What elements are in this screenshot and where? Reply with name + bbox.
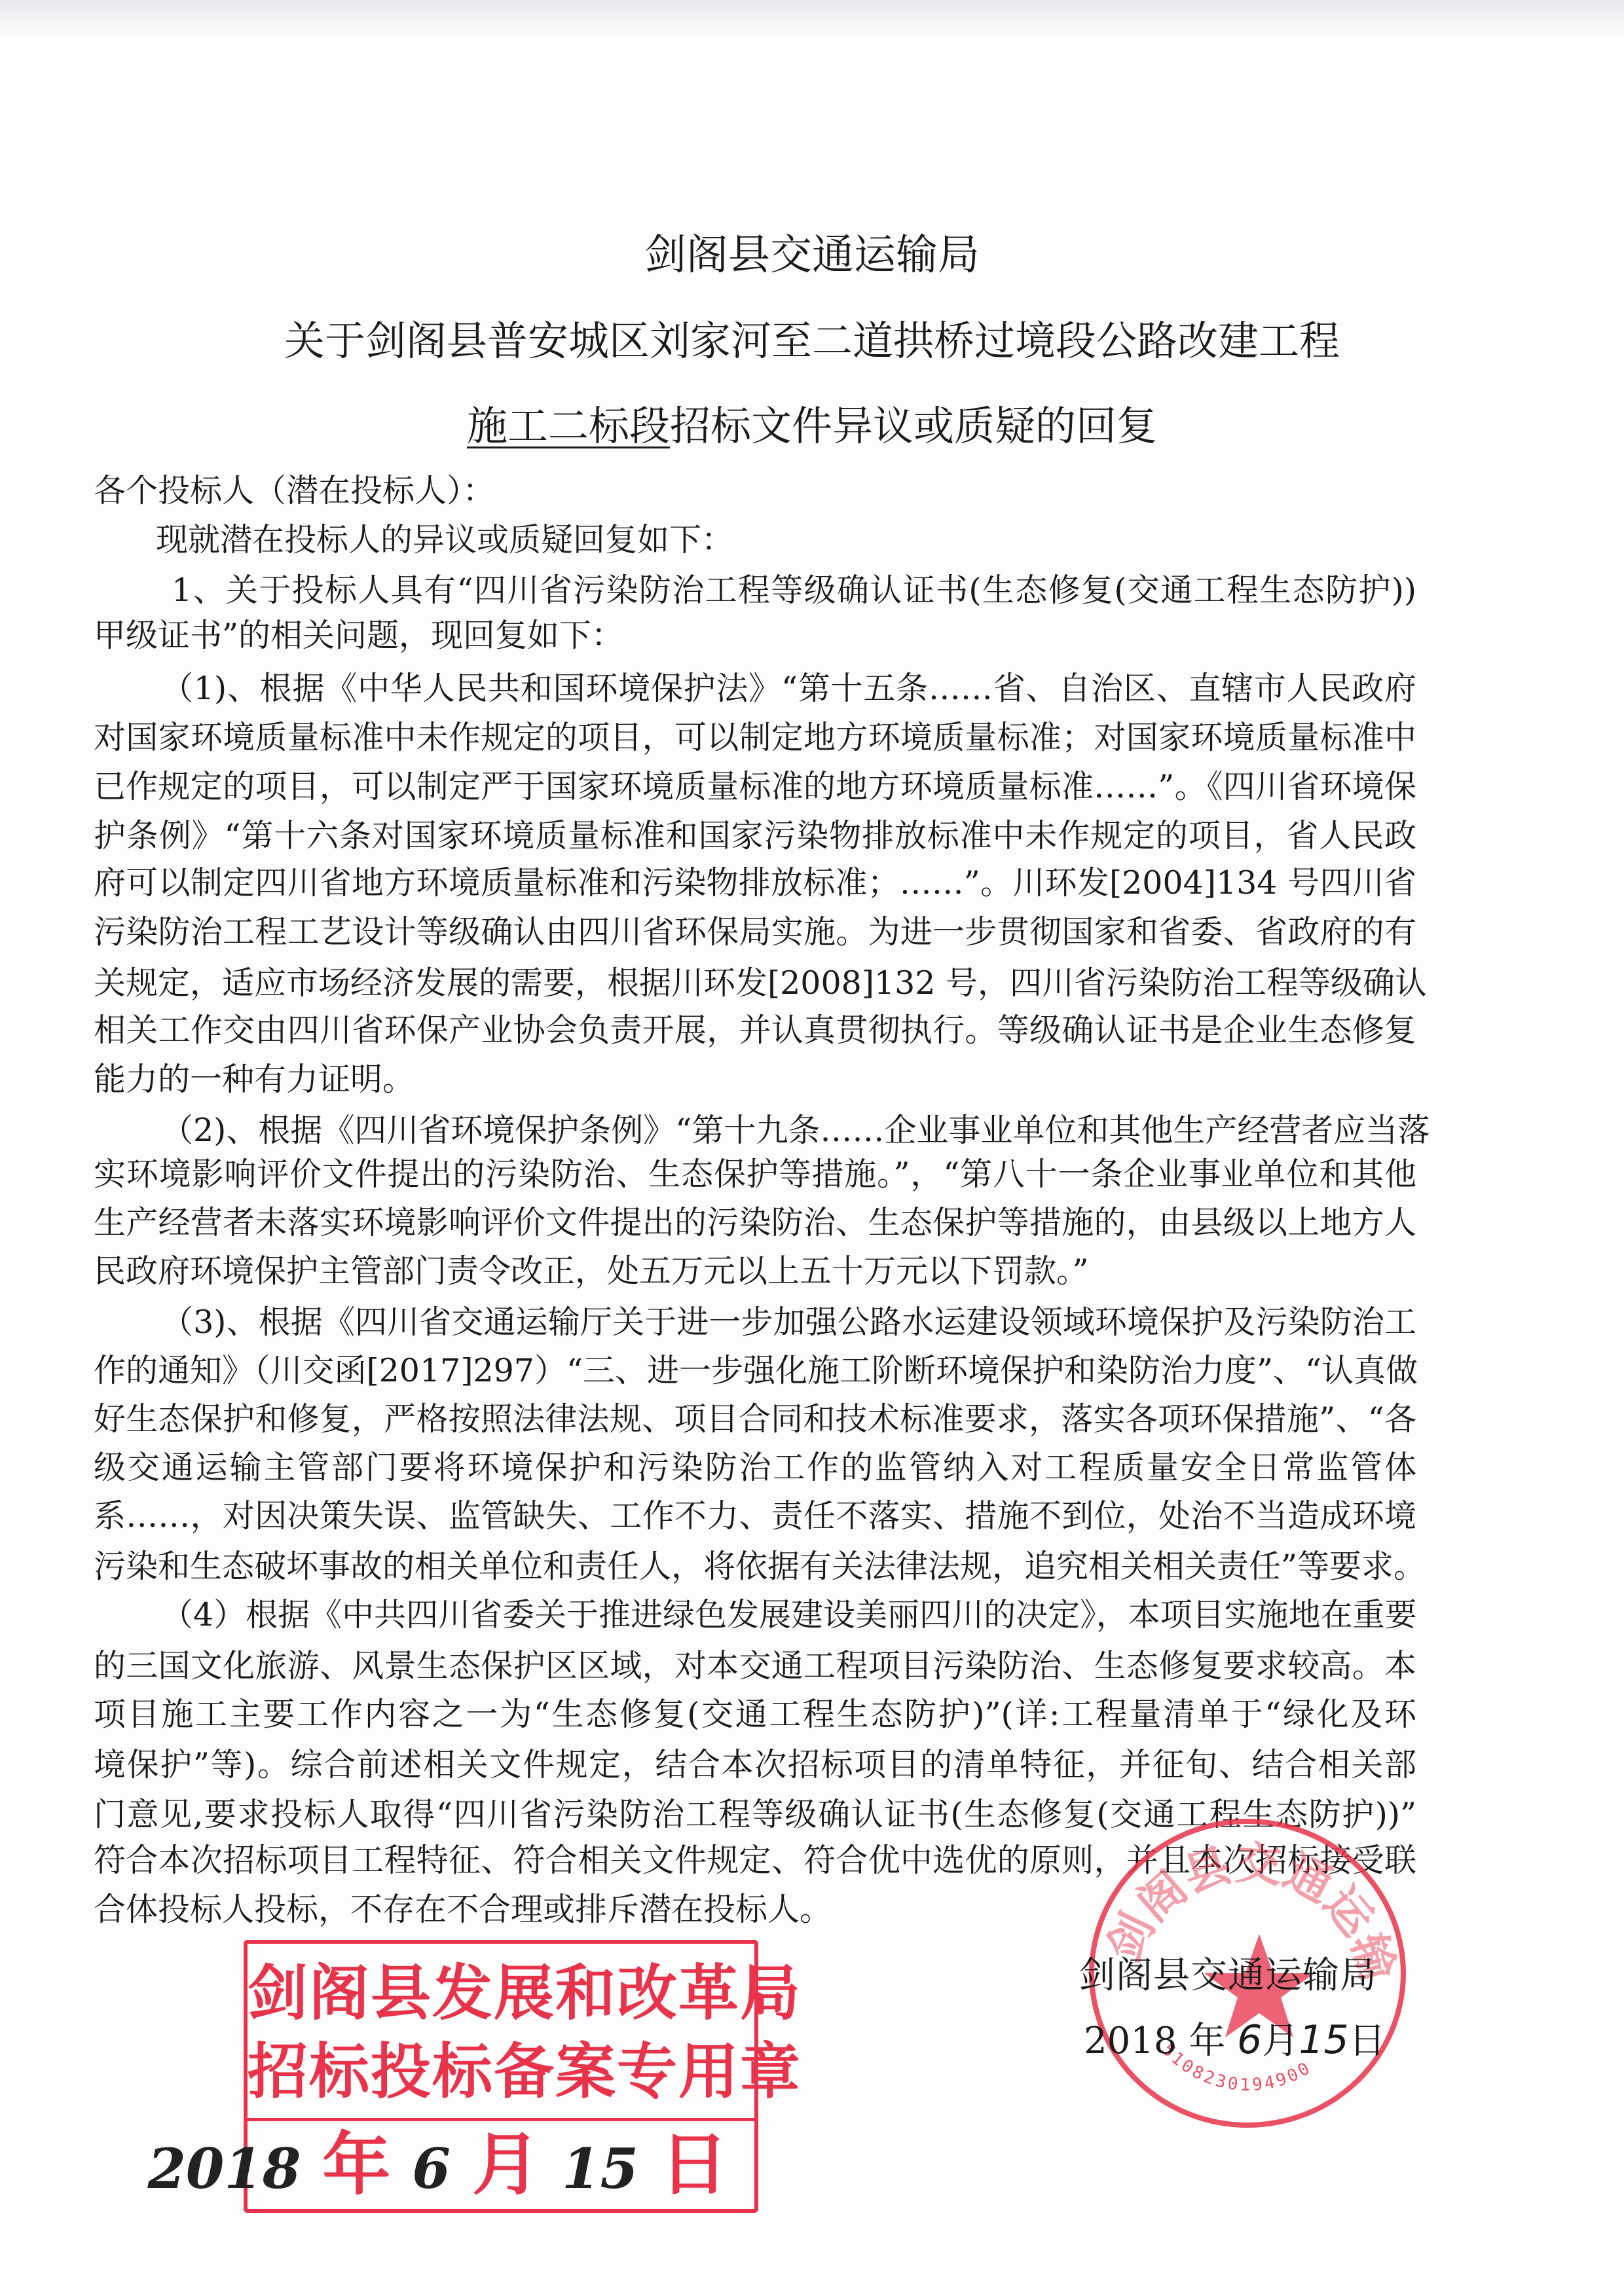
signature-day-char: 日 (1349, 2020, 1386, 2062)
stamp-date: 2018 年 6 月 15 日 (147, 2130, 728, 2198)
body-line: 能力的一种有力证明。 (94, 1063, 415, 1095)
body-line: 1、关于投标人具有“四川省污染防治工程等级确认证书(生态修复(交通工程生态防护)… (172, 574, 1416, 606)
signature-org: 剑阁县交通运输局 (1079, 1958, 1377, 1994)
signature-handwritten-month: 6 (1237, 2017, 1262, 2063)
stamp-month-char: 月 (472, 2124, 540, 2204)
body-line: 关规定，适应市场经济发展的需要，根据川环发[2008]132 号，四川省污染防治… (94, 967, 1416, 999)
stamp-handwritten-day: 15 (562, 2136, 638, 2201)
body-line: 已作规定的项目，可以制定严于国家环境质量标准的地方环境质量标准……”。《四川省环… (94, 771, 1416, 803)
stamp-day-char: 日 (660, 2124, 728, 2204)
underlined-section-name: 施工二标段 (467, 402, 670, 450)
body-line: 污染和生态破坏事故的相关单位和责任人，将依据有关法律法规，追究相关相关责任”等要… (94, 1550, 1416, 1582)
salutation: 各个投标人（潜在投标人）： (94, 475, 495, 507)
signature-month-char: 月 (1262, 2020, 1299, 2062)
body-line: 生产经营者未落实环境影响评价文件提出的污染防治、生态保护等措施的，由县级以上地方… (94, 1207, 1416, 1239)
signature-date: 2018 年 6月15日 (1084, 2020, 1386, 2060)
body-line: 对国家环境质量标准中未作规定的项目，可以制定地方环境质量标准；对国家环境质量标准… (94, 721, 1416, 754)
intro-line: 现就潜在投标人的异议或质疑回复如下： (156, 524, 733, 556)
subject-title-rest: 招标文件异议或质疑的回复 (670, 402, 1157, 450)
body-line: 系……，对因决策失误、监管缺失、工作不力、责任不落实、措施不到位，处治不当造成环… (94, 1500, 1416, 1532)
body-line: 实环境影响评价文件提出的污染防治、生态保护等措施。”，“第八十一条企业事业单位和… (94, 1158, 1416, 1190)
body-line: 合体投标人投标，不存在不合理或排斥潜在投标人。 (94, 1893, 832, 1925)
body-line: 护条例》“第十六条对国家环境质量标准和国家污染物排放标准中未作规定的项目，省人民… (94, 820, 1416, 852)
body-line: 项目施工主要工作内容之一为“生态修复(交通工程生态防护)”(详:工程量清单于“绿… (94, 1698, 1416, 1730)
body-line: （1)、根据《中华人民共和国环境保护法》“第十五条……省、自治区、直辖市人民政府 (161, 672, 1416, 704)
stamp-handwritten-year: 2018 (147, 2136, 301, 2201)
body-line: （3)、根据《四川省交通运输厅关于进一步加强公路水运建设领域环境保护及污染防治工 (161, 1306, 1416, 1338)
body-line: 相关工作交由四川省环保产业协会负责开展，并认真贯彻执行。等级确认证书是企业生态修… (94, 1014, 1416, 1046)
stamp-year-char: 年 (322, 2124, 390, 2204)
subject-title-line2: 施工二标段招标文件异议或质疑的回复 (0, 406, 1624, 446)
stamp-handwritten-month: 6 (412, 2136, 450, 2201)
issuer-title: 剑阁县交通运输局 (0, 234, 1624, 276)
body-line: 污染防治工程工艺设计等级确认由四川省环保局实施。为进一步贯彻国家和省委、省政府的… (94, 916, 1416, 948)
stamp-divider (248, 2118, 754, 2121)
stamp-line-1: 剑阁县发展和改革局 (248, 1963, 754, 2024)
body-line: 府可以制定四川省地方环境质量标准和污染物排放标准；……”。川环发[2004]13… (94, 867, 1416, 899)
signature-year-char: 年 (1177, 2020, 1226, 2062)
signature-handwritten-day: 15 (1299, 2017, 1348, 2063)
body-line: 级交通运输主管部门要将环境保护和污染防治工作的监管纳入对工程质量安全日常监管体 (94, 1451, 1416, 1484)
body-line: 境保护”等)。综合前述相关文件规定，结合本次招标项目的清单特征，并征旬、结合相关… (94, 1749, 1416, 1781)
body-line: （2)、根据《四川省环境保护条例》“第十九条……企业事业单位和其他生产经营者应当… (161, 1114, 1416, 1146)
subject-title-line1: 关于剑阁县普安城区刘家河至二道拱桥过境段公路改建工程 (0, 321, 1624, 361)
body-line: 甲级证书”的相关问题，现回复如下： (94, 619, 623, 651)
rectangular-filing-stamp: 剑阁县发展和改革局 招标投标备案专用章 2018 年 6 月 15 日 (244, 1940, 758, 2213)
scan-edge-shading (0, 0, 1624, 39)
stamp-line-2: 招标投标备案专用章 (248, 2042, 754, 2102)
signature-year: 2018 (1084, 2020, 1177, 2062)
body-line: 好生态保护和修复，严格按照法律法规、项目合同和技术标准要求，落实各项环保措施”、… (94, 1403, 1416, 1435)
body-line: 的三国文化旅游、风景生态保护区区域，对本交通工程项目污染防治、生态修复要求较高。… (94, 1650, 1416, 1682)
body-line: 作的通知》（川交函[2017]297）“三、进一步强化施工阶断环境保护和染防治力… (94, 1355, 1416, 1387)
body-line: （4）根据《中共四川省委关于推进绿色发展建设美丽四川的决定》，本项目实施地在重要 (161, 1599, 1416, 1631)
body-line: 民政府环境保护主管部门责令改正，处五万元以上五十万元以下罚款。” (94, 1255, 1089, 1287)
